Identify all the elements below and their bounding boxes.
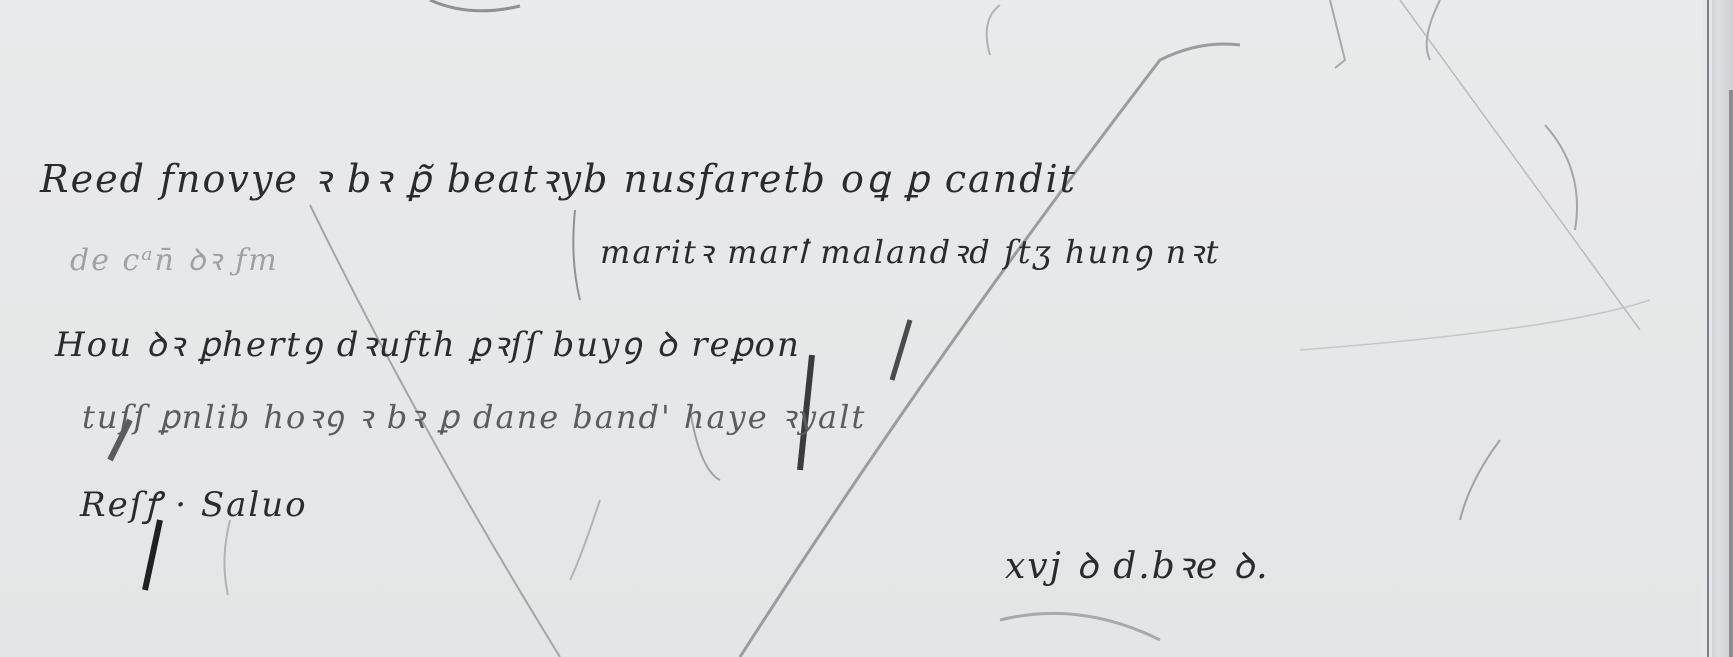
manuscript-page: Reed fnovye ꝛ bꝛ ꝑ̃ beatꝛyb nusfaretb oꝗ…: [0, 0, 1703, 657]
manuscript-line-5: Reſꝭ · Saluo: [80, 480, 308, 526]
manuscript-line-6: xvj ꝺ d.bꝛe ꝺ.: [1005, 540, 1270, 589]
binding-shadow: [1729, 90, 1733, 657]
manuscript-line-2: maritꝛ marꝉ malandꝛd ſtʒ hunꝯ nꝛt: [600, 230, 1220, 273]
manuscript-line-2-faint: de cᵃn̄ ꝺꝛ ƒm: [70, 238, 279, 279]
manuscript-line-3: Hou ꝺꝛ ꝑhertꝯ dꝛufth ꝑꝛſſ buyꝯ ꝺ reꝑon: [55, 320, 801, 366]
page-edge-border: [1707, 0, 1709, 657]
manuscript-line-1: Reed fnovye ꝛ bꝛ ꝑ̃ beatꝛyb nusfaretb oꝗ…: [40, 152, 1077, 204]
manuscript-line-4: tuſſ ꝑnlib hoꝛꝯ ꝛ bꝛ ꝑ dane band' haye ꝛ…: [82, 395, 866, 438]
